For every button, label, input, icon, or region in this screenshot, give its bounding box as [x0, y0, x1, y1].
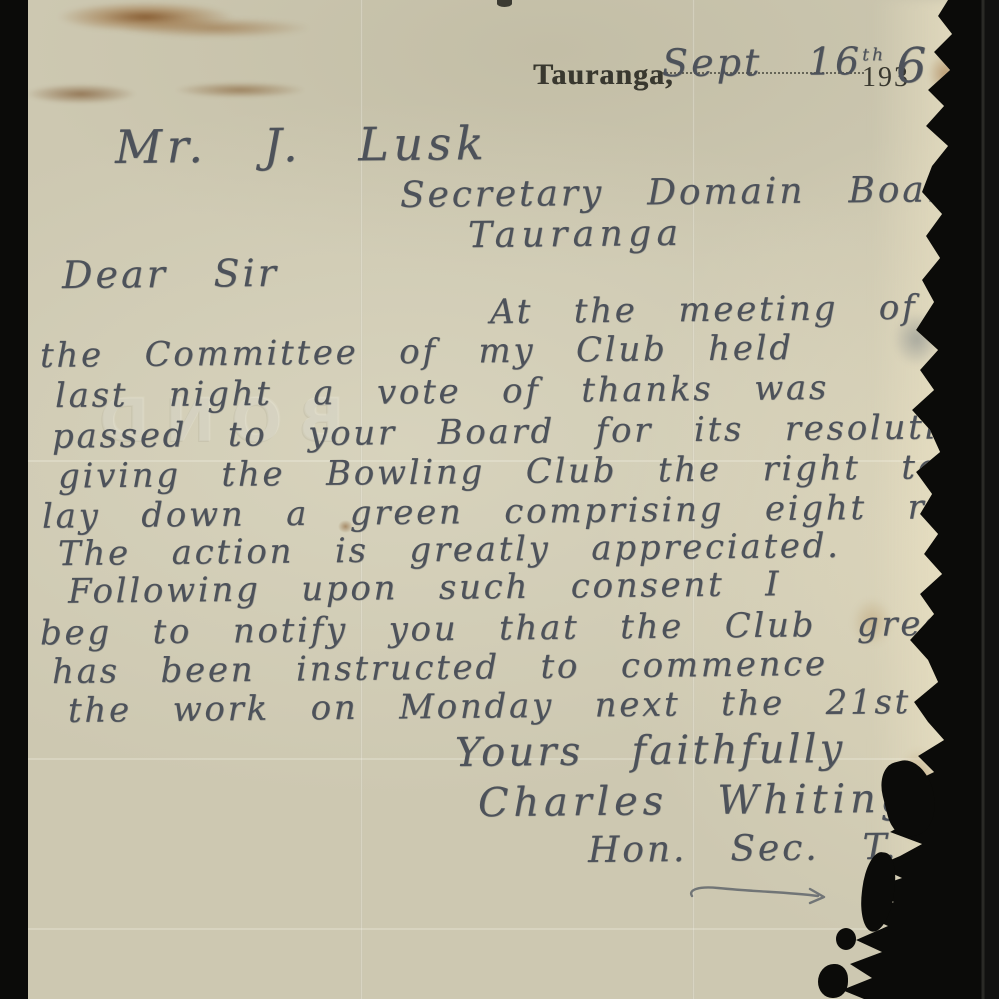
- letterhead-remnant: [497, 0, 512, 7]
- rust-stain: [175, 82, 305, 98]
- fold-crease-horizontal: [28, 928, 958, 930]
- flourish-arrow: [678, 876, 848, 910]
- signature: Charles Whiting: [478, 776, 911, 827]
- rust-stain: [26, 84, 136, 104]
- recipient-place: Tauranga: [468, 213, 684, 256]
- letterhead-place: Tauranga,: [533, 58, 673, 92]
- tear-hole: [836, 928, 856, 950]
- valediction: Yours faithfully: [455, 726, 846, 776]
- body-line: At the meeting of: [490, 288, 918, 332]
- body-line: Following upon such consent I: [68, 564, 782, 611]
- rust-stain: [928, 52, 964, 96]
- recipient-title: Secretary Domain Board: [400, 169, 973, 216]
- scanned-letter: BOND Tauranga, 193 Sept 16th 6 Mr. J. Lu…: [0, 0, 999, 999]
- tear-hole: [818, 964, 848, 998]
- date-handwritten: Sept 16: [662, 39, 863, 85]
- salutation: Dear Sir: [62, 251, 279, 297]
- paper: BOND Tauranga, 193 Sept 16th 6 Mr. J. Lu…: [0, 0, 999, 999]
- body-line: the work on Monday next the 21st ins: [68, 681, 999, 731]
- recipient-name: Mr. J. Lusk: [115, 116, 489, 174]
- year-handwritten: 6: [896, 38, 931, 94]
- rust-stain: [120, 18, 310, 38]
- date-suffix: th: [862, 45, 886, 65]
